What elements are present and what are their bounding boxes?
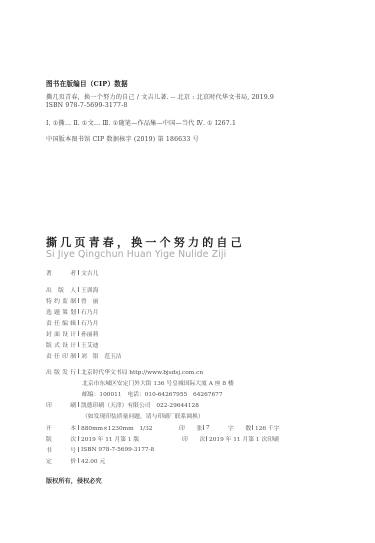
printer-note: （如发现印装质量问题，请与印刷厂联系调换） (82, 411, 204, 420)
divider (78, 298, 79, 303)
publisher-label: 出版发行 (46, 367, 76, 376)
credit-value: 曾 丽 (81, 296, 98, 305)
printer-label: 印 刷 (46, 400, 76, 409)
credit-editor: 责任编辑石乃月 (46, 318, 98, 327)
isbn-row: 书 号ISBN 978-7-5699-3177-8 (46, 445, 154, 454)
printer-row: 印 刷凯德印刷（天津）有限公司 022-29644128 (46, 400, 199, 409)
divider (78, 369, 79, 374)
publisher-address: 北京市东城区安定门外大街 136 号皇城国际大厦 A 座 8 楼 (82, 378, 234, 387)
divider (78, 320, 79, 325)
divider (78, 447, 79, 452)
credit-label: 封面设计 (46, 329, 76, 338)
words-label: 字 数 (228, 423, 250, 432)
divider (78, 270, 79, 275)
credit-value: 文吉儿 (81, 268, 98, 277)
credit-label: 著 者 (46, 268, 76, 277)
credit-label: 版式设计 (46, 340, 76, 349)
credit-value: 王艾迪 (81, 340, 98, 349)
price-label: 定 价 (46, 456, 76, 465)
copyright-notice: 版权所有，侵权必究 (46, 476, 102, 485)
credit-author: 著 者文吉儿 (46, 268, 98, 277)
price-value: 42.00 元 (81, 456, 105, 465)
credit-label: 责任印制 (46, 351, 76, 360)
sheets-label: 印 张 (179, 423, 201, 432)
format-label: 开 本 (46, 423, 76, 432)
credit-value: 刘 银 范玉洁 (81, 351, 122, 360)
credit-label: 责任编辑 (46, 318, 76, 327)
credit-label: 选题策划 (46, 307, 76, 316)
words-value: 126 千字 (255, 423, 280, 432)
publisher-contact: 邮编：100011 电话：010-64267955 64267677 (82, 389, 223, 398)
divider (78, 458, 79, 463)
sheets-value: 7 (206, 425, 222, 431)
cip-line-isbn: ISBN 978-7-5699-3177-8 (46, 102, 127, 109)
divider (78, 287, 79, 292)
credit-label: 出 版 人 (46, 285, 76, 294)
isbn-label: 书 号 (46, 445, 76, 454)
cip-line-record: 中国版本图书馆 CIP 数据核字 (2019) 第 186633 号 (46, 134, 199, 143)
divider (252, 425, 253, 430)
divider (78, 342, 79, 347)
divider (203, 425, 204, 430)
divider (206, 436, 207, 441)
divider (78, 331, 79, 336)
credit-layout-design: 版式设计王艾迪 (46, 340, 98, 349)
credit-print-supervisor: 责任印制刘 银 范玉洁 (46, 351, 122, 360)
isbn-value: ISBN 978-7-5699-3177-8 (81, 447, 154, 453)
divider (78, 425, 79, 430)
book-title: 撕几页青春，换一个努力的自己 (46, 234, 245, 250)
credit-planner: 选题策划石乃月 (46, 307, 98, 316)
publisher-row: 出版发行北京时代华文书局 http://www.bjsdsj.com.cn (46, 367, 203, 376)
credit-publisher-person: 出 版 人王训海 (46, 285, 98, 294)
price-row: 定 价42.00 元 (46, 456, 105, 465)
divider (78, 309, 79, 314)
publisher-value: 北京时代华文书局 http://www.bjsdsj.com.cn (81, 367, 203, 376)
credit-value: 王训海 (81, 285, 98, 294)
book-pinyin: Si Jiye Qingchun Huan Yige Nulide Ziji (46, 249, 226, 260)
credit-value: 石乃月 (81, 318, 98, 327)
impression-label: 印 次 (182, 434, 204, 443)
edition-value: 2019 年 11 月第 1 版 (81, 434, 162, 443)
cip-heading: 图书在版编目（CIP）数据 (46, 78, 128, 88)
divider (78, 353, 79, 358)
credit-cover-design: 封面设计孙丽莉 (46, 329, 98, 338)
divider (78, 436, 79, 441)
printer-value: 凯德印刷（天津）有限公司 022-29644128 (81, 400, 199, 409)
credit-label: 特约监制 (46, 296, 76, 305)
edition-row: 版 次2019 年 11 月第 1 版 印 次2019 年 11 月第 1 次印… (46, 434, 279, 443)
divider (78, 402, 79, 407)
format-row: 开 本880mm×1230mm 1/32 印 张7 字 数126 千字 (46, 423, 280, 432)
cip-line-title: 撕几页青春，换一个努力的自己 / 文吉儿著. -- 北京 : 北京时代华文书局,… (46, 92, 274, 101)
credit-supervisor: 特约监制曾 丽 (46, 296, 98, 305)
cip-line-classification: Ⅰ. ①撕… Ⅱ. ①文… Ⅲ. ①随笔—作品集—中国—当代 Ⅳ. ① I267… (46, 118, 236, 127)
credit-value: 石乃月 (81, 307, 98, 316)
credit-value: 孙丽莉 (81, 329, 98, 338)
impression-value: 2019 年 11 月第 1 次印刷 (209, 434, 279, 443)
format-value: 880mm×1230mm 1/32 (81, 423, 159, 432)
edition-label: 版 次 (46, 434, 76, 443)
